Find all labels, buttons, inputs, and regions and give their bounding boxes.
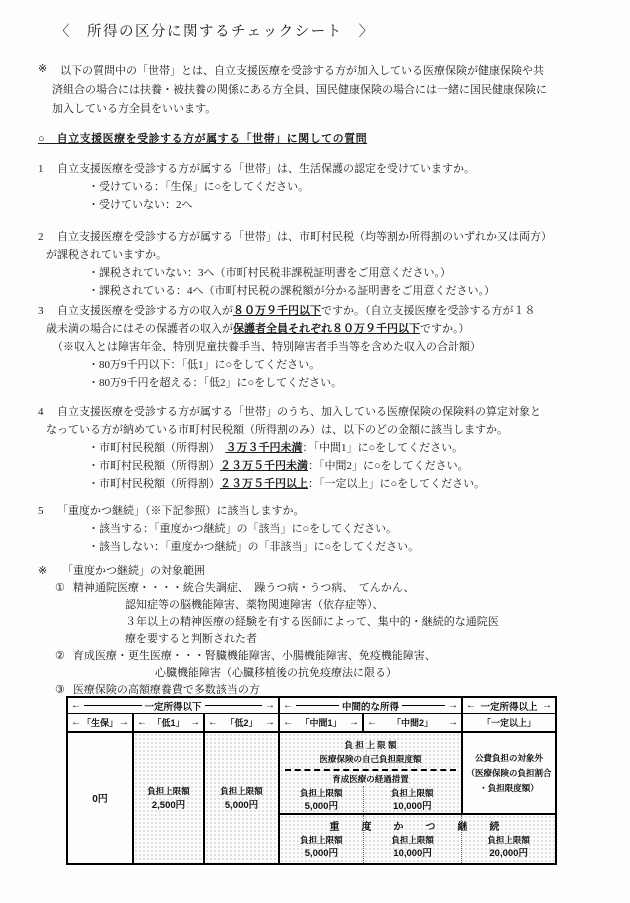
- intro-line: 以下の質問中の「世帯」とは、自立支援医療を受診する方が加入している医療保険が健康…: [0, 62, 630, 81]
- limit-amount: 10,000円: [364, 848, 462, 859]
- arrow-right-icon: →: [542, 701, 552, 711]
- arrow-right-icon: →: [448, 701, 458, 711]
- insurance-limit-text: 医療保険の自己負担限度額: [280, 752, 461, 766]
- income-category-table: ← 一定所得以下 → ← 中間的な所得 → ←: [66, 696, 557, 865]
- question-number: 5: [38, 502, 44, 520]
- arrow-line: [84, 705, 142, 706]
- group-header-low-income: ← 一定所得以下 →: [67, 697, 279, 714]
- answer-option: ・該当しない：「重度かつ継続」の「非該当」に○をしてください。: [0, 538, 630, 556]
- limit-amount: 20,000円: [462, 848, 555, 859]
- answer-option: ：「中間1」に○をしてください。: [303, 442, 464, 454]
- scope-heading: 「重度かつ継続」の対象範囲: [62, 565, 205, 577]
- limit-label: 負担上限額: [364, 835, 462, 845]
- answer-option: ・80万9千円以下：「低1」に○をしてください。: [0, 356, 630, 374]
- arrow-left-icon: ←: [208, 718, 218, 728]
- col-header-middle2: ← 「中間2」 →: [363, 714, 462, 733]
- col-header-fixed-above: 「一定以上」: [462, 714, 556, 733]
- scope-item-text: 精神通院医療・・・・統合失調症、 躁うつ病・うつ病、 てんかん、: [73, 582, 415, 594]
- answer-option: ・課税されていない：3へ（市町村民税非課税証明書をご用意ください。）: [0, 264, 630, 282]
- arrow-line: [402, 705, 445, 706]
- arrow-right-icon: →: [265, 701, 275, 711]
- arrow-left-icon: ←: [367, 718, 377, 728]
- question-text: なっている方が納めている市町村民税額（所得割のみ）は、以下のどの金額に該当します…: [0, 421, 630, 439]
- seiho-amount: 0円: [92, 794, 108, 805]
- scope-note: ※ 「重度かつ継続」の対象範囲 ①精神通院医療・・・・統合失調症、 躁うつ病・う…: [0, 563, 630, 699]
- question-text: 自立支援医療を受診する方の収入が: [57, 305, 233, 317]
- arrow-right-icon: →: [349, 718, 359, 728]
- question-text: 自立支援医療を受診する方が属する「世帯」は、生活保護の認定を受けていますか。: [57, 163, 475, 175]
- limit-amount: 5,000円: [225, 800, 258, 811]
- answer-option: ・市町村民税額（所得割）: [88, 478, 220, 490]
- checksheet-page: 〈 所得の区分に関するチェックシート 〉 ※ 以下の質問中の「世帯」とは、自立支…: [0, 0, 630, 903]
- item-number: ②: [55, 650, 65, 662]
- scope-item-text: 育成医療・更生医療・・・腎臓機能障害、小腸機能障害、免疫機能障害、: [73, 650, 436, 662]
- scope-item-text: ３年以上の精神医療の経験を有する医師によって、集中的・継続的な通院医: [0, 614, 630, 631]
- note-marker: ※: [38, 563, 47, 580]
- answer-option: ・課税されている：4へ（市町村民税の課税額が分かる証明書をご用意ください。）: [0, 282, 630, 300]
- item-number: ③: [55, 684, 65, 696]
- excluded-text: ・負担限度額）: [463, 781, 555, 796]
- dashed-divider: [285, 769, 456, 771]
- section-heading: ○ 自立支援医療を受診する方が属する「世帯」に関しての質問: [38, 130, 367, 146]
- question-text: ですか。（自立支援医療を受診する方が１８: [321, 305, 536, 317]
- middle2-limit: 負担上限額 10,000円: [363, 786, 461, 812]
- col-header-seiho: ← 「生保」 →: [67, 714, 133, 733]
- scope-item-text: 療を要すると判断された者: [0, 631, 630, 648]
- excluded-text: 公費負担の対象外: [463, 751, 555, 766]
- question-3: 3 自立支援医療を受診する方の収入が８０万９千円以下ですか。（自立支援医療を受診…: [0, 302, 630, 392]
- arrow-left-icon: ←: [71, 701, 81, 711]
- question-text: 「重度かつ継続」（※下記参照）に該当しますか。: [57, 505, 305, 517]
- answer-option: ：「中間2」に○をしてください。: [308, 460, 469, 472]
- cell-seiho: 0円: [67, 732, 133, 864]
- severe-continuous-title: 重 度 か つ 継 続: [280, 818, 555, 833]
- emphasized-amount: ２３万５千円以上: [220, 478, 308, 490]
- arrow-left-icon: ←: [283, 718, 293, 728]
- limit-label: 負担上限額: [220, 786, 263, 796]
- arrow-left-icon: ←: [466, 701, 476, 711]
- arrow-line: [205, 705, 263, 706]
- limit-amount: 2,500円: [152, 800, 185, 811]
- question-text: ですか。）: [420, 323, 470, 335]
- income-note: （※収入とは障害年金、特別児童扶養手当、特別障害者手当等を含めた収入の合計額）: [0, 338, 630, 356]
- answer-option: ：「一定以上」に○をしてください。: [308, 478, 485, 490]
- arrow-right-icon: →: [448, 718, 458, 728]
- arrow-right-icon: →: [190, 718, 200, 728]
- intro-note: ※ 以下の質問中の「世帯」とは、自立支援医療を受診する方が加入している医療保険が…: [0, 62, 630, 119]
- group-header-high-income: ← 一定所得以上 →: [462, 697, 556, 714]
- col-header-low1: ← 「低1」 →: [133, 714, 204, 733]
- intro-line: 加入している方全員をいいます。: [0, 100, 630, 119]
- answer-option: ・受けていない：2へ: [0, 196, 630, 214]
- emphasized-amount: ８０万９千円以下: [233, 305, 321, 317]
- limit-label: 負 担 上 限 額: [280, 738, 461, 752]
- question-text: 自立支援医療を受診する方が属する「世帯」は、市町村民税（均等割か所得割のいずれか…: [57, 231, 552, 243]
- scope-item-text: 医療保険の高額療養費で多数該当の方: [73, 684, 260, 696]
- arrow-left-icon: ←: [137, 718, 147, 728]
- scope-item-text: 心臓機能障害（心臓移植後の抗免疫療法に限る）: [0, 665, 630, 682]
- limit-label: 負担上限額: [364, 788, 461, 798]
- emphasized-amount: ３万３千円未満: [226, 442, 303, 454]
- answer-option: ・市町村民税額（所得割）: [88, 442, 226, 454]
- emphasized-amount: ２３万５千円未満: [220, 460, 308, 472]
- cell-public-fund-excluded: 公費負担の対象外 （医療保険の負担割合 ・負担限度額）: [462, 732, 556, 814]
- question-number: 2: [38, 228, 44, 246]
- arrow-right-icon: →: [265, 718, 275, 728]
- cell-severe-continuous: 重 度 か つ 継 続 負担上限額 5,000円 負担上限額 10,000円 負…: [279, 814, 556, 864]
- arrow-left-icon: ←: [71, 718, 81, 728]
- answer-option: ・市町村民税額（所得割）: [88, 460, 220, 472]
- limit-amount: 10,000円: [364, 801, 461, 812]
- question-number: 3: [38, 302, 44, 320]
- col-header-low2: ← 「低2」 →: [204, 714, 279, 733]
- excluded-text: （医療保険の負担割合: [463, 766, 555, 781]
- question-4: 4 自立支援医療を受診する方が属する「世帯」のうち、加入している医療保険の保険料…: [0, 403, 630, 493]
- emphasized-amount: 保護者全員それぞれ８０万９千円以下: [233, 323, 420, 335]
- question-2: 2 自立支援医療を受診する方が属する「世帯」は、市町村民税（均等割か所得割のいず…: [0, 228, 630, 300]
- limit-label: 負担上限額: [147, 786, 190, 796]
- question-1: 1 自立支援医療を受診する方が属する「世帯」は、生活保護の認定を受けていますか。…: [0, 160, 630, 214]
- item-number: ①: [55, 582, 65, 594]
- limit-amount: 5,000円: [280, 848, 363, 859]
- question-number: 4: [38, 403, 44, 421]
- cell-low2: 負担上限額 5,000円: [204, 732, 279, 864]
- question-5: 5 「重度かつ継続」（※下記参照）に該当しますか。 ・該当する：「重度かつ継続」…: [0, 502, 630, 556]
- arrow-right-icon: →: [119, 718, 129, 728]
- middle1-limit: 負担上限額 5,000円: [280, 786, 363, 812]
- col-header-middle1: ← 「中間1」 →: [279, 714, 363, 733]
- arrow-left-icon: ←: [283, 701, 293, 711]
- page-title: 〈 所得の区分に関するチェックシート 〉: [55, 20, 375, 41]
- question-text: 自立支援医療を受診する方が属する「世帯」のうち、加入している医療保険の保険料の算…: [57, 406, 541, 418]
- answer-option: ・該当する：「重度かつ継続」の「該当」に○をしてください。: [0, 520, 630, 538]
- note-marker: ※: [38, 62, 47, 75]
- answer-option: ・80万9千円を超える：「低2」に○をしてください。: [0, 374, 630, 392]
- intro-line: 済組合の場合には扶養・被扶養の関係にある方全員、国民健康保険の場合には一緒に国民…: [0, 81, 630, 100]
- group-header-middle-income: ← 中間的な所得 →: [279, 697, 462, 714]
- limit-label: 負担上限額: [462, 835, 555, 845]
- scope-item-text: 認知症等の脳機能障害、薬物関連障害（依存症等）、: [0, 597, 630, 614]
- limit-amount: 5,000円: [280, 801, 363, 812]
- cell-low1: 負担上限額 2,500円: [133, 732, 204, 864]
- limit-label: 負担上限額: [280, 788, 363, 798]
- limit-label: 負担上限額: [280, 835, 363, 845]
- question-text: が課税されていますか。: [0, 246, 630, 264]
- question-text: 歳未満の場合にはその保護者の収入が: [46, 323, 233, 335]
- cell-middle-income: 負 担 上 限 額 医療保険の自己負担限度額 育成医療の経過措置 負担上限額 5…: [279, 732, 462, 814]
- ikusei-transition-label: 育成医療の経過措置: [280, 773, 461, 785]
- arrow-line: [296, 705, 339, 706]
- answer-option: ・受けている：「生保」に○をしてください。: [0, 178, 630, 196]
- question-number: 1: [38, 160, 44, 178]
